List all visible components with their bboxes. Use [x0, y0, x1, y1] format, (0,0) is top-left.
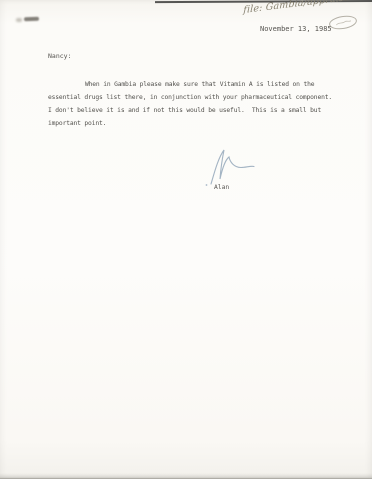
body-line-1: When in Gambia please make sure that Vit…	[48, 78, 348, 91]
body-line-2: essential drugs list there, in conjuncti…	[48, 91, 348, 104]
circled-annotation	[327, 13, 359, 33]
typed-signature-name: Alan	[214, 184, 229, 191]
date-line: November 13, 1985	[260, 25, 332, 33]
body-line-4: important point.	[48, 117, 348, 130]
smudge-mark	[24, 17, 39, 22]
memo-page: file: Gambia/appraisal November 13, 1985…	[0, 0, 372, 479]
smudge-mark-light	[16, 18, 22, 22]
handwritten-signature-icon	[198, 146, 262, 190]
circled-annotation-icon	[327, 13, 359, 33]
memo-body: When in Gambia please make sure that Vit…	[48, 78, 348, 130]
salutation: Nancy:	[48, 52, 71, 60]
body-line-3: I don't believe it is and if not this wo…	[48, 104, 348, 117]
